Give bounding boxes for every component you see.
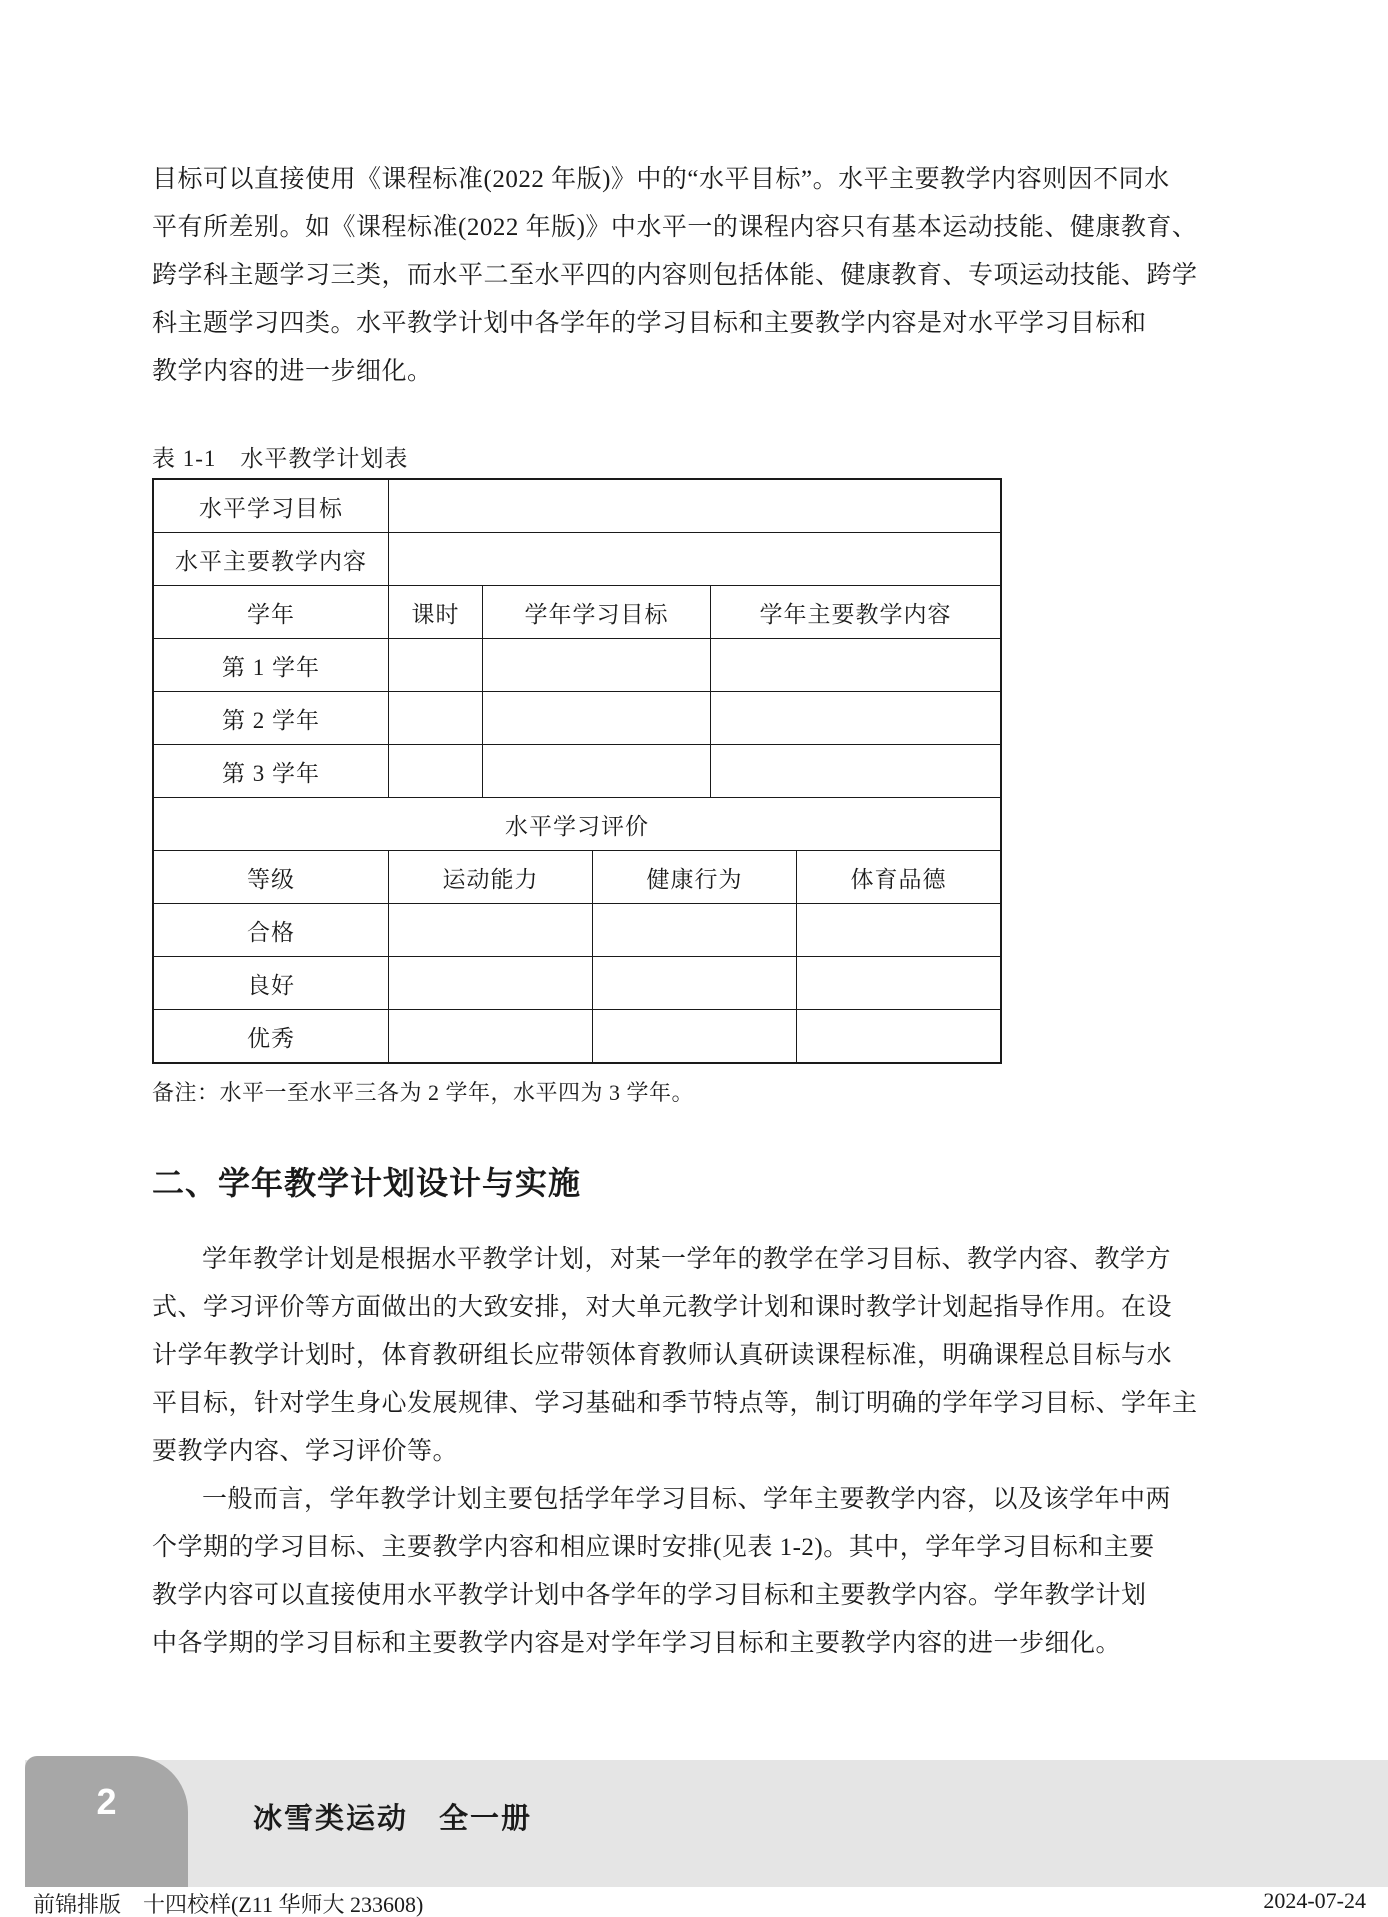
empty-cell bbox=[592, 957, 796, 1009]
row-label: 良好 bbox=[154, 957, 388, 1009]
row-label: 水平学习目标 bbox=[154, 480, 388, 532]
table-row: 合格 bbox=[154, 903, 1000, 956]
paragraph-line: 式、学习评价等方面做出的大致安排，对大单元教学计划和课时教学计划起指导作用。在设 bbox=[152, 1284, 1010, 1332]
table-row: 第 2 学年 bbox=[154, 691, 1000, 744]
empty-cell bbox=[710, 745, 1000, 797]
column-header: 等级 bbox=[154, 851, 388, 903]
footer-bar bbox=[25, 1760, 1388, 1887]
empty-cell bbox=[388, 1010, 592, 1062]
column-header: 健康行为 bbox=[592, 851, 796, 903]
column-header: 学年主要教学内容 bbox=[710, 586, 1000, 638]
column-header: 运动能力 bbox=[388, 851, 592, 903]
empty-cell bbox=[388, 480, 1000, 532]
table-row: 水平主要教学内容 bbox=[154, 532, 1000, 585]
column-header: 学年 bbox=[154, 586, 388, 638]
level-teaching-plan-table: 水平学习目标 水平主要教学内容 学年 课时 学年学习目标 学年主要教学内容 第 … bbox=[152, 478, 1002, 1064]
page-number: 2 bbox=[96, 1781, 116, 1822]
proof-date: 2024-07-24 bbox=[1263, 1888, 1366, 1914]
column-header: 课时 bbox=[388, 586, 482, 638]
empty-cell bbox=[796, 957, 1000, 1009]
paragraph-line: 中各学期的学习目标和主要教学内容是对学年学习目标和主要教学内容的进一步细化。 bbox=[152, 1620, 1010, 1668]
empty-cell bbox=[592, 1010, 796, 1062]
table-row: 优秀 bbox=[154, 1009, 1000, 1062]
empty-cell bbox=[482, 745, 710, 797]
paragraph-line: 科主题学习四类。水平教学计划中各学年的学习目标和主要教学内容是对水平学习目标和 bbox=[152, 300, 1010, 348]
empty-cell bbox=[388, 904, 592, 956]
proof-info: 前锦排版 十四校样(Z11 华师大 233608) bbox=[33, 1888, 423, 1917]
table-row: 良好 bbox=[154, 956, 1000, 1009]
table-header-row: 学年 课时 学年学习目标 学年主要教学内容 bbox=[154, 585, 1000, 638]
empty-cell bbox=[710, 692, 1000, 744]
row-label: 第 2 学年 bbox=[154, 692, 388, 744]
empty-cell bbox=[388, 957, 592, 1009]
paragraph-line: 跨学科主题学习三类，而水平二至水平四的内容则包括体能、健康教育、专项运动技能、跨… bbox=[152, 252, 1010, 300]
empty-cell bbox=[482, 692, 710, 744]
empty-cell bbox=[710, 639, 1000, 691]
section-heading: 二、学年教学计划设计与实施 bbox=[152, 1158, 581, 1204]
empty-cell bbox=[796, 904, 1000, 956]
paragraph-line: 学年教学计划是根据水平教学计划，对某一学年的教学在学习目标、教学内容、教学方 bbox=[152, 1236, 1010, 1284]
row-label: 水平主要教学内容 bbox=[154, 533, 388, 585]
table-row: 第 1 学年 bbox=[154, 638, 1000, 691]
row-label: 合格 bbox=[154, 904, 388, 956]
paragraph-line: 教学内容的进一步细化。 bbox=[152, 348, 1010, 396]
empty-cell bbox=[592, 904, 796, 956]
paragraph-line: 一般而言，学年教学计划主要包括学年学习目标、学年主要教学内容，以及该学年中两 bbox=[152, 1476, 1010, 1524]
table-caption: 表 1-1 水平教学计划表 bbox=[152, 440, 408, 473]
merged-row-label: 水平学习评价 bbox=[154, 798, 1000, 850]
paragraph-line: 目标可以直接使用《课程标准(2022 年版)》中的“水平目标”。水平主要教学内容… bbox=[152, 156, 1010, 204]
paragraph-line: 计学年教学计划时，体育教研组长应带领体育教师认真研读课程标准，明确课程总目标与水 bbox=[152, 1332, 1010, 1380]
row-label: 第 3 学年 bbox=[154, 745, 388, 797]
empty-cell bbox=[388, 692, 482, 744]
body-paragraph: 学年教学计划是根据水平教学计划，对某一学年的教学在学习目标、教学内容、教学方 式… bbox=[152, 1236, 1010, 1476]
paragraph-line: 平有所差别。如《课程标准(2022 年版)》中水平一的课程内容只有基本运动技能、… bbox=[152, 204, 1010, 252]
paragraph-line: 教学内容可以直接使用水平教学计划中各学年的学习目标和主要教学内容。学年教学计划 bbox=[152, 1572, 1010, 1620]
empty-cell bbox=[388, 533, 1000, 585]
table-note: 备注：水平一至水平三各为 2 学年，水平四为 3 学年。 bbox=[152, 1076, 694, 1107]
table-row: 第 3 学年 bbox=[154, 744, 1000, 797]
body-paragraph: 一般而言，学年教学计划主要包括学年学习目标、学年主要教学内容，以及该学年中两 个… bbox=[152, 1476, 1010, 1668]
book-title: 冰雪类运动 全一册 bbox=[253, 1796, 532, 1837]
page-number-badge: 2 bbox=[25, 1756, 188, 1887]
document-page: { "intro": { "lines": [ "目标可以直接使用《课程标准(2… bbox=[0, 0, 1388, 1917]
empty-cell bbox=[388, 639, 482, 691]
row-label: 第 1 学年 bbox=[154, 639, 388, 691]
table-header-row: 等级 运动能力 健康行为 体育品德 bbox=[154, 850, 1000, 903]
paragraph-line: 要教学内容、学习评价等。 bbox=[152, 1428, 1010, 1476]
table-row: 水平学习目标 bbox=[154, 480, 1000, 532]
intro-paragraph: 目标可以直接使用《课程标准(2022 年版)》中的“水平目标”。水平主要教学内容… bbox=[152, 156, 1010, 396]
table-merged-row: 水平学习评价 bbox=[154, 797, 1000, 850]
paragraph-line: 平目标，针对学生身心发展规律、学习基础和季节特点等，制订明确的学年学习目标、学年… bbox=[152, 1380, 1010, 1428]
row-label: 优秀 bbox=[154, 1010, 388, 1062]
empty-cell bbox=[482, 639, 710, 691]
empty-cell bbox=[388, 745, 482, 797]
column-header: 体育品德 bbox=[796, 851, 1000, 903]
empty-cell bbox=[796, 1010, 1000, 1062]
column-header: 学年学习目标 bbox=[482, 586, 710, 638]
paragraph-line: 个学期的学习目标、主要教学内容和相应课时安排(见表 1-2)。其中，学年学习目标… bbox=[152, 1524, 1010, 1572]
